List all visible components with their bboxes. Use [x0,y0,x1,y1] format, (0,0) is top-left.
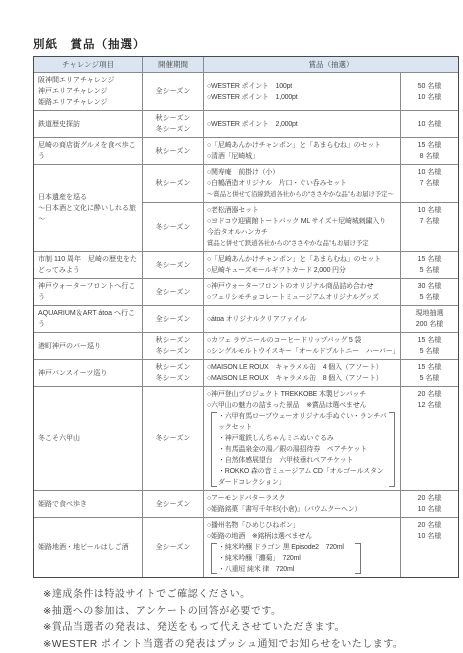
winners-count: 20 名様 [418,389,442,400]
season-label: 秋シーズン [156,113,191,124]
challenge-line: 姫路で食べ歩き [38,499,87,510]
table-row: 阪神間エリアチャレンジ 神戸エリアチャレンジ 姫路エリアチャレンジ 全シーズン … [34,72,458,110]
winners-count: 200 名様 [416,319,444,330]
prize-line: ○姫路銘菓「書写千年杉(小倉)」（バウムクーヘン） [207,504,361,515]
season-label: 冬シーズン [156,124,191,135]
winners-cell: 50 名様 10 名様 [400,73,458,110]
prize-cell: ○神戸登山プロジェクト TREKKOBE 木製ピンバッチ ○六甲山の魅力の詰まっ… [203,387,400,490]
winners-count: 10 名様 [418,504,442,515]
period-cell: 全シーズン [142,491,203,517]
challenge-line: 姫路地酒・地ビールはしご酒 [38,542,129,553]
bracket-list: ・六甲有馬ロープウェーオリジナル手ぬぐい・ランチパックセット ・神戸電鉄しんちゃ… [211,411,395,488]
challenge-line: 神戸ウォーターフロントへ行こう [38,281,141,303]
season-label: 秋シーズン [156,146,191,157]
prize-cell: ○関寿庵 前掛け（小） ○白鶴酒造オリジナル 片口・ぐい呑みセット ～賞品と併せ… [203,165,400,202]
winners-count: 20 名様 [418,520,442,531]
winners-count: 15 名様 [418,335,442,346]
challenge-line: 冬こそ六甲山 [38,433,80,444]
challenge-cell: 姫路地酒・地ビールはしご酒 [34,518,142,577]
winners-count: 5 名様 [420,373,440,384]
challenge-cell: AQUARIUM＆ART átoa へ行こう [34,306,142,332]
winners-count: 7 名様 [420,216,440,227]
challenge-cell: 港町神戸のバー巡り [34,333,142,359]
winners-count: 15 名様 [418,254,442,265]
prize-line: ○MAISON LE ROUX キャラメル缶 8 個入（アソート） [207,373,383,384]
season-label: 冬シーズン [156,433,191,444]
prize-cell: ○老松酒器セット ○ヨドコウ迎賓館トートバック ML サイズ＋尼崎城刺繍入り 今… [203,202,400,251]
period-cell: 全シーズン [142,518,203,577]
winners-cell: 20 名様 10 名様 [400,518,458,577]
winners-count: 10 名様 [418,531,442,542]
prize-line: ○カフェ ラヴニールのコーヒードリップバッグ 5 袋 [207,335,361,346]
challenge-line: 鉄道歴史探訪 [38,119,80,130]
challenge-cell: 日本遺産を巡る ～日本酒と文化に酔いしれる旅～ [34,165,142,251]
challenge-cell: 鉄道歴史探訪 [34,111,142,137]
challenge-cell: 阪神間エリアチャレンジ 神戸エリアチャレンジ 姫路エリアチャレンジ [34,73,142,110]
table-row: 神戸パンスイーツ巡り 秋シーズン 冬シーズン ○MAISON LE ROUX キ… [34,359,458,386]
period-cell: 秋シーズン [142,138,203,164]
challenge-line: 神戸エリアチャレンジ [38,86,107,97]
winners-count: 10 名様 [418,167,442,178]
prize-note: ～賞品と併せて沿線鉄道各社からの“ささやかな品”もお届け予定～ [207,189,394,200]
bracket-item: ・八重垣 純米 律 720ml [218,564,354,575]
winners-cell: 15 名様 5 名様 [400,252,458,278]
prize-cell: ○átoa オリジナルクリアファイル [203,306,400,332]
prize-table: チャレンジ項目 開催期間 賞品（抽選） 阪神間エリアチャレンジ 神戸エリアチャレ… [33,56,459,578]
season-label: 全シーズン [156,86,191,97]
challenge-line: 市制 110 周年 尼崎の歴史をたどってみよう [38,254,141,276]
note-line: ※達成条件は特設サイトでご確認ください。 [43,587,457,604]
winners-count: 50 名様 [418,81,442,92]
prize-line: ○アーモンドバターラスク [207,493,285,504]
season-label: 秋シーズン [156,335,191,346]
winners-count: 7 名様 [420,178,440,189]
table-row: 鉄道歴史探訪 秋シーズン 冬シーズン ○WESTER ポイント 2,000pt … [34,110,458,137]
challenge-cell: 神戸ウォーターフロントへ行こう [34,279,142,305]
period-cell: 冬シーズン [142,387,203,490]
prize-cell: ○「尼崎あんかけチャンポン」と「あまらむね」のセット ○尼崎キューズモールギフト… [203,252,400,278]
header-period: 開催期間 [142,57,203,72]
period-cell: 秋シーズン [142,165,203,202]
period-cell: 全シーズン [142,279,203,305]
winners-count: 10 名様 [418,205,442,216]
period-cell: 全シーズン [142,306,203,332]
challenge-cell: 市制 110 周年 尼崎の歴史をたどってみよう [34,252,142,278]
table-row: 神戸ウォーターフロントへ行こう 全シーズン ○神戸ウォーターフロントのオリジナル… [34,278,458,305]
winners-count: 5 名様 [420,346,440,357]
prize-line: ○六甲山の魅力の詰まった景品 ※賞品は選べません [207,400,366,411]
winners-count: 現地抽選 [416,308,444,319]
challenge-line: 港町神戸のバー巡り [38,341,101,352]
header-prize: 賞品（抽選） [203,57,458,72]
bracket-item: ・ROKKO 森の音ミュージアム CD「オルゴールスタンダードコレクション」 [218,466,388,488]
winners-cell: 10 名様 7 名様 [400,165,458,202]
prize-cell: ○MAISON LE ROUX キャラメル缶 4 個入（アソート） ○MAISO… [203,360,400,386]
table-row: 日本遺産を巡る ～日本酒と文化に酔いしれる旅～ 秋シーズン ○関寿庵 前掛け（小… [34,164,458,251]
prize-line: ○「尼崎あんかけチャンポン」と「あまらむね」のセット [207,140,381,151]
prize-line: ○シングルモルトウイスキー「オールドプルトニー ハーバー」 [207,346,397,357]
prize-line: ○老松酒器セット [207,205,259,216]
season-label: 全シーズン [156,499,191,510]
prize-line: ○白鶴酒造オリジナル 片口・ぐい呑みセット [207,178,347,189]
season-label: 全シーズン [156,542,191,553]
table-row: 姫路地酒・地ビールはしご酒 全シーズン ○播州名物「ひめじひねポン」 ○姫路の地… [34,517,458,577]
period-cell: 冬シーズン [142,202,203,251]
challenge-line: AQUARIUM＆ART átoa へ行こう [38,308,141,330]
table-header: チャレンジ項目 開催期間 賞品（抽選） [34,57,458,72]
prize-note: 賞品と併せて鉄道各社からの“ささやかな品”もお届け予定 [207,238,368,249]
prize-cell: ○神戸ウォーターフロントのオリジナル商品詰め合わせ ○フェリシモチョコレートミュ… [203,279,400,305]
winners-cell: 20 名様 12 名様 [400,387,458,490]
period-cell: 全シーズン [142,73,203,110]
table-row: 港町神戸のバー巡り 秋シーズン 冬シーズン ○カフェ ラヴニールのコーヒードリッ… [34,332,458,359]
winners-cell: 10 名様 [400,111,458,137]
winners-count: 8 名様 [420,151,440,162]
table-row: AQUARIUM＆ART átoa へ行こう 全シーズン ○átoa オリジナル… [34,305,458,332]
period-cell: 秋シーズン 冬シーズン [142,111,203,137]
challenge-cell: 姫路で食べ歩き [34,491,142,517]
challenge-line: 阪神間エリアチャレンジ [38,75,114,86]
bracket-item: ・自然体感展望台 六甲枝垂れペアチケット [218,455,388,466]
table-row: 冬こそ六甲山 冬シーズン ○神戸登山プロジェクト TREKKOBE 木製ピンバッ… [34,386,458,490]
prize-line: ○神戸登山プロジェクト TREKKOBE 木製ピンバッチ [207,389,366,400]
winners-cell: 15 名様 5 名様 [400,360,458,386]
bracket-item: ・有馬温泉金の湯／銀の湯招待券 ペアチケット [218,444,388,455]
season-label: 全シーズン [156,314,191,325]
bracket-item: ・六甲有馬ロープウェーオリジナル手ぬぐい・ランチパックセット [218,411,388,433]
table-row: 尼崎の商店街グルメを食べ歩こう 秋シーズン ○「尼崎あんかけチャンポン」と「あま… [34,137,458,164]
season-label: 秋シーズン [156,362,191,373]
note-line: ※賞品当選者の発表は、発送をもって代えさせていただきます。 [43,620,457,637]
challenge-line: 尼崎の商店街グルメを食べ歩こう [38,140,141,162]
winners-count: 5 名様 [420,292,440,303]
table-row: 姫路で食べ歩き 全シーズン ○アーモンドバターラスク ○姫路銘菓「書写千年杉(小… [34,490,458,517]
prize-line: ○átoa オリジナルクリアファイル [207,314,307,325]
prize-line: ○関寿庵 前掛け（小） [207,167,279,178]
winners-count: 15 名様 [418,140,442,151]
winners-cell: 20 名様 10 名様 [400,491,458,517]
winners-count: 15 名様 [418,362,442,373]
prize-line: ○フェリシモチョコレートミュージアムオリジナルグッズ [207,292,379,303]
winners-count: 5 名様 [420,265,440,276]
document-page: 別紙 賞品（抽選） チャレンジ項目 開催期間 賞品（抽選） 阪神間エリアチャレン… [33,36,457,653]
prize-cell: ○アーモンドバターラスク ○姫路銘菓「書写千年杉(小倉)」（バウムクーヘン） [203,491,400,517]
period-cell: 秋シーズン 冬シーズン [142,333,203,359]
season-label: 冬シーズン [156,222,191,233]
prize-cell: ○「尼崎あんかけチャンポン」と「あまらむね」のセット ○清酒「尼崎城」 [203,138,400,164]
period-cell: 冬シーズン [142,252,203,278]
note-line: ※WESTER ポイント当選者の発表はプッシュ通知でお知らせをいたします。 [43,637,457,653]
challenge-line: ～日本酒と文化に酔いしれる旅～ [38,203,141,225]
winners-count: 12 名様 [418,400,442,411]
bracket-item: ・純米吟醸 ドラゴン 黒 Episode2 720ml [218,542,354,553]
season-label: 冬シーズン [156,260,191,271]
winners-count: 20 名様 [418,493,442,504]
challenge-cell: 尼崎の商店街グルメを食べ歩こう [34,138,142,164]
season-label: 冬シーズン [156,373,191,384]
prize-line: ○ヨドコウ迎賓館トートバック ML サイズ＋尼崎城刺繍入り 今治タオルハンカチ [207,216,397,238]
prize-line: ○「尼崎あんかけチャンポン」と「あまらむね」のセット [207,254,381,265]
prize-cell: ○WESTER ポイント 100pt ○WESTER ポイント 1,000pt [203,73,400,110]
prize-line: ○播州名物「ひめじひねポン」 [207,520,299,531]
prize-line: ○清酒「尼崎城」 [207,151,259,162]
challenge-cell: 冬こそ六甲山 [34,387,142,490]
winners-cell: 15 名様 5 名様 [400,333,458,359]
winners-cell: 30 名様 5 名様 [400,279,458,305]
bracket-item: ・神戸電鉄しんちゃんミニぬいぐるみ [218,433,388,444]
challenge-cell: 神戸パンスイーツ巡り [34,360,142,386]
winners-count: 10 名様 [418,119,442,130]
winners-count: 10 名様 [418,92,442,103]
challenge-line: 姫路エリアチャレンジ [38,97,107,108]
prize-line: ○姫路の地酒 ※銘柄は選べません [207,531,312,542]
prize-cell: ○カフェ ラヴニールのコーヒードリップバッグ 5 袋 ○シングルモルトウイスキー… [203,333,400,359]
winners-cell: 10 名様 7 名様 [400,202,458,251]
challenge-line: 神戸パンスイーツ巡り [38,368,107,379]
prize-cell: ○WESTER ポイント 2,000pt [203,111,400,137]
bracket-item: ・純米吟醸「灘菊」 720ml [218,553,354,564]
prize-line: ○WESTER ポイント 2,000pt [207,119,297,130]
prize-line: ○尼崎キューズモールギフトカード 2,000 円分 [207,265,346,276]
period-cell: 秋シーズン 冬シーズン [142,360,203,386]
prize-line: ○WESTER ポイント 100pt [207,81,292,92]
season-label: 全シーズン [156,287,191,298]
season-label: 冬シーズン [156,346,191,357]
prize-cell: ○播州名物「ひめじひねポン」 ○姫路の地酒 ※銘柄は選べません ・純米吟醸 ドラ… [203,518,400,577]
bracket-list: ・純米吟醸 ドラゴン 黒 Episode2 720ml ・純米吟醸「灘菊」 72… [211,542,361,575]
prize-line: ○WESTER ポイント 1,000pt [207,92,297,103]
header-challenge: チャレンジ項目 [34,57,142,72]
challenge-line: 日本遺産を巡る [38,192,87,203]
prize-line: ○神戸ウォーターフロントのオリジナル商品詰め合わせ [207,281,373,292]
footer-notes: ※達成条件は特設サイトでご確認ください。 ※抽選への参加は、アンケートの回答が必… [43,587,457,653]
note-line: ※抽選への参加は、アンケートの回答が必要です。 [43,604,457,621]
table-row: 市制 110 周年 尼崎の歴史をたどってみよう 冬シーズン ○「尼崎あんかけチャ… [34,251,458,278]
winners-count: 30 名様 [418,281,442,292]
page-title: 別紙 賞品（抽選） [33,36,457,52]
season-label: 秋シーズン [156,178,191,189]
winners-cell: 15 名様 8 名様 [400,138,458,164]
prize-line: ○MAISON LE ROUX キャラメル缶 4 個入（アソート） [207,362,383,373]
winners-cell: 現地抽選 200 名様 [400,306,458,332]
